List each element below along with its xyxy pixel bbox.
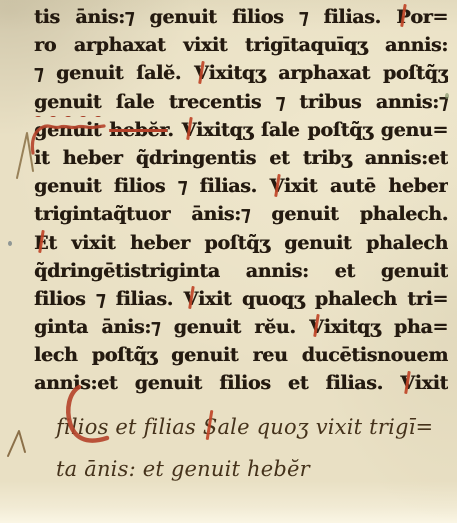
- rubricated-capital: P: [396, 3, 410, 31]
- paper-speck: [445, 93, 449, 99]
- rubricated-capital: V: [400, 369, 414, 397]
- text-segment: ixitqʒ arphaxat poſtq̃ʒ: [208, 62, 448, 84]
- red-overlined-word: genuit: [34, 119, 109, 141]
- text-segment: ixitqʒ pha=: [324, 316, 448, 338]
- text-segment: tis ānis:⁊ genuit filios ⁊ filias.: [34, 6, 396, 28]
- rubricated-capital: V: [182, 116, 196, 144]
- text-segment: filios ⁊ filias.: [34, 288, 184, 310]
- printed-line-12: ginta ānis:⁊ genuit rĕu. Vixitqʒ pha=: [34, 313, 448, 341]
- paper-speck: [8, 241, 12, 246]
- rubricated-capital: E: [34, 229, 48, 257]
- printed-line-7: genuit filios ⁊ filias. Vixit autē heber: [34, 172, 448, 200]
- handwritten-correction-block: filios et filias Sale quoʒ vixit trigī= …: [56, 406, 454, 490]
- text-segment: genuit filios ⁊ filias.: [34, 175, 269, 197]
- text-segment: ixit: [415, 372, 448, 394]
- printed-line-8: trigintaq̃tuor ānis:⁊ genuit phalech.: [34, 200, 448, 228]
- text-segment: ale quoʒ vixit trigī=: [217, 415, 433, 439]
- text-segment: annis:et genuit filios et filias.: [34, 372, 400, 394]
- printed-line-6: it heber q̃dringentis et tribʒ annis:et: [34, 144, 448, 172]
- text-segment: .: [167, 119, 181, 141]
- handwritten-line-1: filios et filias Sale quoʒ vixit trigī=: [56, 406, 454, 448]
- printed-line-11: filios ⁊ filias. Vixit quoqʒ phalech tri…: [34, 285, 448, 313]
- text-segment: ro arphaxat vixit trigītaquīqʒ annis:: [34, 34, 448, 56]
- manuscript-page: tis ānis:⁊ genuit filios ⁊ filias. Por= …: [0, 0, 457, 523]
- text-segment: it heber q̃dringentis et tribʒ annis:et: [34, 147, 448, 169]
- printed-line-9: Et vixit heber poſtq̃ʒ genuit phalech: [34, 229, 448, 257]
- rubricated-capital: V: [184, 285, 198, 313]
- rubricated-capital: V: [309, 313, 323, 341]
- text-segment: genuit ſale trecentis ⁊ tribus annis:⁊: [34, 91, 448, 113]
- red-struck-word: hebĕr: [109, 119, 167, 141]
- printed-line-10: q̃dringētistriginta annis: et genuit: [34, 257, 448, 285]
- text-segment: or=: [410, 6, 448, 28]
- text-segment: ta ānis: et genuit hebĕr: [56, 457, 310, 481]
- insertion-caret-top-icon: [17, 133, 33, 178]
- printed-line-14: annis:et genuit filios et filias. Vixit: [34, 369, 448, 397]
- printed-line-3: ⁊ genuit ſalĕ. Vixitqʒ arphaxat poſtq̃ʒ: [34, 59, 448, 87]
- printed-text-block: tis ānis:⁊ genuit filios ⁊ filias. Por= …: [34, 3, 448, 398]
- text-segment: filios et filias: [56, 415, 203, 439]
- printed-line-5: genuit hebĕr. Vixitqʒ ſale poſtq̃ʒ genu=: [34, 116, 448, 144]
- rubricated-capital: V: [194, 59, 208, 87]
- printed-line-13: lech poſtq̃ʒ genuit reu ducētisnouem: [34, 341, 448, 369]
- printed-line-2: ro arphaxat vixit trigītaquīqʒ annis:: [34, 31, 448, 59]
- printed-line-4: genuit ſale trecentis ⁊ tribus annis:⁊: [34, 88, 448, 116]
- text-segment: ixit autē heber: [284, 175, 448, 197]
- text-segment: ginta ānis:⁊ genuit rĕu.: [34, 316, 309, 338]
- rubricated-capital: V: [269, 172, 283, 200]
- text-segment: trigintaq̃tuor ānis:⁊ genuit phalech.: [34, 203, 448, 225]
- handwritten-line-2: ta ānis: et genuit hebĕr: [56, 448, 454, 490]
- text-segment: t vixit heber poſtq̃ʒ genuit phalech: [48, 232, 448, 254]
- printed-line-1: tis ānis:⁊ genuit filios ⁊ filias. Por=: [34, 3, 448, 31]
- rubricated-capital: S: [203, 406, 218, 448]
- text-segment: q̃dringētistriginta annis: et genuit: [34, 260, 448, 282]
- insertion-caret-bottom-icon: [8, 431, 25, 456]
- text-segment: ⁊ genuit ſalĕ.: [34, 62, 194, 84]
- text-segment: ixit quoqʒ phalech tri=: [198, 288, 448, 310]
- text-segment: ixitqʒ ſale poſtq̃ʒ genu=: [196, 119, 448, 141]
- text-segment: lech poſtq̃ʒ genuit reu ducētisnouem: [34, 344, 448, 366]
